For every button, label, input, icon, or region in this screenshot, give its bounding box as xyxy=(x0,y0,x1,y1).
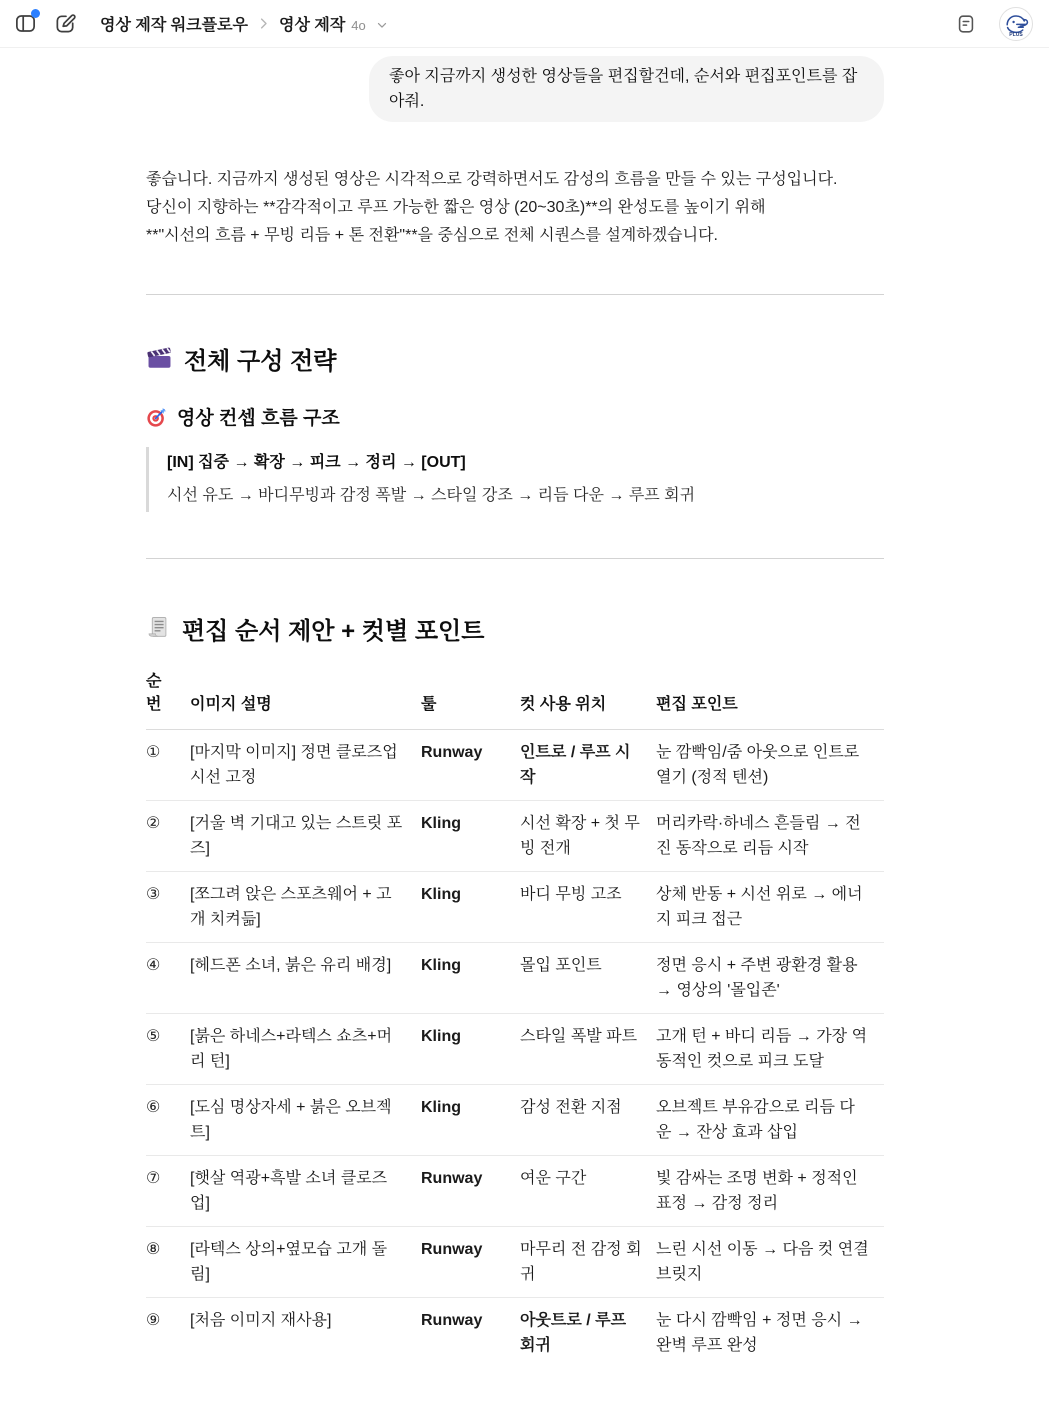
avatar[interactable]: PLUS xyxy=(999,7,1033,41)
cell-cut-position: 몰입 포인트 xyxy=(520,943,656,1014)
section-strategy-title: 전체 구성 전략 xyxy=(184,341,336,376)
cell-image-desc: [헤드폰 소녀, 붉은 유리 배경] xyxy=(190,943,421,1014)
cell-order: ⑦ xyxy=(146,1156,190,1227)
section-strategy-heading: 전체 구성 전략 xyxy=(146,341,884,376)
cell-edit-point: 빛 감싸는 조명 변화 + 정적인 표정 → 감정 정리 xyxy=(656,1156,884,1227)
notification-dot xyxy=(31,9,40,18)
cell-order: ③ xyxy=(146,872,190,943)
table-row: ③ [쪼그려 앉은 스포츠웨어 + 고개 치켜듦] Kling 바디 무빙 고조… xyxy=(146,872,884,943)
cell-cut-position: 마무리 전 감정 회귀 xyxy=(520,1227,656,1298)
compose-pencil-icon xyxy=(54,12,77,35)
cell-tool: Runway xyxy=(421,1298,520,1369)
breadcrumb-chat-title[interactable]: 영상 제작 xyxy=(279,12,345,35)
intro-line-2: 당신이 지향하는 **감각적이고 루프 가능한 짧은 영상 (20~30초)**… xyxy=(146,194,884,222)
cell-tool: Kling xyxy=(421,801,520,872)
cell-order: ⑤ xyxy=(146,1014,190,1085)
cell-edit-point: 눈 깜빡임/줌 아웃으로 인트로 열기 (정적 텐션) xyxy=(656,730,884,801)
cell-image-desc: [도심 명상자세 + 붉은 오브젝트] xyxy=(190,1085,421,1156)
cell-image-desc: [라텍스 상의+옆모습 고개 돌림] xyxy=(190,1227,421,1298)
flow-description-line: 시선 유도 → 바디무빙과 감정 폭발 → 스타일 강조 → 리듬 다운 → 루… xyxy=(167,482,884,510)
table-row: ⑧ [라텍스 상의+옆모습 고개 돌림] Runway 마무리 전 감정 회귀 … xyxy=(146,1227,884,1298)
cell-cut-position: 인트로 / 루프 시작 xyxy=(520,730,656,801)
table-row: ② [거울 벽 기대고 있는 스트릿 포즈] Kling 시선 확장 + 첫 무… xyxy=(146,801,884,872)
cell-edit-point: 느린 시선 이동 → 다음 컷 연결 브릿지 xyxy=(656,1227,884,1298)
cell-edit-point: 고개 턴 + 바디 리듬 → 가장 역동적인 컷으로 피크 도달 xyxy=(656,1014,884,1085)
subsection-flow-title: 영상 컨셉 흐름 구조 xyxy=(177,403,340,430)
col-header-edit-point: 편집 포인트 xyxy=(656,670,884,730)
cell-cut-position: 감성 전환 지점 xyxy=(520,1085,656,1156)
compose-button[interactable] xyxy=(52,11,78,37)
chat-thread: 좋아 지금까지 생성한 영상들을 편집할건데, 순서와 편집포인트를 잡아줘. … xyxy=(146,56,884,1427)
user-message-text: 좋아 지금까지 생성한 영상들을 편집할건데, 순서와 편집포인트를 잡아줘. xyxy=(389,68,857,110)
cell-edit-point: 상체 반동 + 시선 위로 → 에너지 피크 접근 xyxy=(656,872,884,943)
col-header-image-desc: 이미지 설명 xyxy=(190,670,421,730)
cell-order: ⑧ xyxy=(146,1227,190,1298)
subsection-flow-heading: 영상 컨셉 흐름 구조 xyxy=(146,403,884,430)
intro-line-3: **"시선의 흐름 + 무빙 리듬 + 톤 전환"**을 중심으로 전체 시퀀스… xyxy=(146,222,884,250)
document-note-icon xyxy=(955,13,977,35)
table-header-row: 순번 이미지 설명 툴 컷 사용 위치 편집 포인트 xyxy=(146,670,884,730)
cell-cut-position: 스타일 폭발 파트 xyxy=(520,1014,656,1085)
top-bar: 영상 제작 워크플로우 영상 제작 4o xyxy=(0,0,1049,48)
cell-tool: Runway xyxy=(421,1227,520,1298)
table-row: ④ [헤드폰 소녀, 붉은 유리 배경] Kling 몰입 포인트 정면 응시 … xyxy=(146,943,884,1014)
col-header-tool: 툴 xyxy=(421,670,520,730)
table-row: ⑤ [붉은 하네스+라텍스 쇼츠+머리 턴] Kling 스타일 폭발 파트 고… xyxy=(146,1014,884,1085)
avatar-label: PLUS xyxy=(1009,32,1023,38)
intro-line-1: 좋습니다. 지금까지 생성된 영상은 시각적으로 강력하면서도 감성의 흐름을 … xyxy=(146,166,884,194)
clapper-board-icon xyxy=(146,345,173,372)
receipt-icon xyxy=(146,615,171,642)
flow-structure-line: [IN] 집중 → 확장 → 피크 → 정리 → [OUT] xyxy=(167,449,884,477)
target-dart-icon xyxy=(146,406,168,428)
chevron-down-icon[interactable] xyxy=(375,18,389,32)
flow-blockquote: [IN] 집중 → 확장 → 피크 → 정리 → [OUT] 시선 유도 → 바… xyxy=(146,447,884,512)
cell-cut-position: 아웃트로 / 루프 회귀 xyxy=(520,1298,656,1369)
section-edit-order-title: 편집 순서 제안 + 컷별 포인트 xyxy=(182,611,484,646)
cell-edit-point: 오브젝트 부유감으로 리듬 다운 → 잔상 효과 삽입 xyxy=(656,1085,884,1156)
table-row: ⑨ [처음 이미지 재사용] Runway 아웃트로 / 루프 회귀 눈 다시 … xyxy=(146,1298,884,1369)
cell-order: ② xyxy=(146,801,190,872)
cell-order: ⑨ xyxy=(146,1298,190,1369)
cell-tool: Runway xyxy=(421,1156,520,1227)
user-message-bubble: 좋아 지금까지 생성한 영상들을 편집할건데, 순서와 편집포인트를 잡아줘. xyxy=(369,56,884,122)
cell-cut-position: 바디 무빙 고조 xyxy=(520,872,656,943)
model-badge[interactable]: 4o xyxy=(351,18,365,33)
col-header-order: 순번 xyxy=(146,670,190,730)
assistant-intro-paragraph: 좋습니다. 지금까지 생성된 영상은 시각적으로 강력하면서도 감성의 흐름을 … xyxy=(146,166,884,250)
breadcrumb-project[interactable]: 영상 제작 워크플로우 xyxy=(100,12,248,35)
cell-tool: Runway xyxy=(421,730,520,801)
chevron-right-icon xyxy=(256,16,271,31)
cell-tool: Kling xyxy=(421,1014,520,1085)
table-row: ① [마지막 이미지] 정면 클로즈업 시선 고정 Runway 인트로 / 루… xyxy=(146,730,884,801)
cell-image-desc: [처음 이미지 재사용] xyxy=(190,1298,421,1369)
cell-image-desc: [쪼그려 앉은 스포츠웨어 + 고개 치켜듦] xyxy=(190,872,421,943)
breadcrumb: 영상 제작 워크플로우 영상 제작 4o xyxy=(100,12,389,35)
edit-order-table: 순번 이미지 설명 툴 컷 사용 위치 편집 포인트 ① [마지막 이미지] 정… xyxy=(146,670,884,1368)
notes-button[interactable] xyxy=(953,11,979,37)
cell-tool: Kling xyxy=(421,872,520,943)
cell-tool: Kling xyxy=(421,1085,520,1156)
cell-edit-point: 머리카락·하네스 흔들림 → 전진 동작으로 리듬 시작 xyxy=(656,801,884,872)
cell-order: ① xyxy=(146,730,190,801)
cell-cut-position: 시선 확장 + 첫 무빙 전개 xyxy=(520,801,656,872)
section-divider xyxy=(146,558,884,559)
cell-image-desc: [붉은 하네스+라텍스 쇼츠+머리 턴] xyxy=(190,1014,421,1085)
cell-image-desc: [마지막 이미지] 정면 클로즈업 시선 고정 xyxy=(190,730,421,801)
cell-cut-position: 여운 구간 xyxy=(520,1156,656,1227)
cell-edit-point: 정면 응시 + 주변 광환경 활용 → 영상의 '몰입존' xyxy=(656,943,884,1014)
cell-image-desc: [거울 벽 기대고 있는 스트릿 포즈] xyxy=(190,801,421,872)
cell-image-desc: [햇살 역광+흑발 소녀 클로즈업] xyxy=(190,1156,421,1227)
cell-order: ④ xyxy=(146,943,190,1014)
sidebar-toggle-button[interactable] xyxy=(12,11,38,37)
section-edit-order-heading: 편집 순서 제안 + 컷별 포인트 xyxy=(146,611,884,646)
cell-order: ⑥ xyxy=(146,1085,190,1156)
col-header-cut-position: 컷 사용 위치 xyxy=(520,670,656,730)
cell-tool: Kling xyxy=(421,943,520,1014)
table-row: ⑥ [도심 명상자세 + 붉은 오브젝트] Kling 감성 전환 지점 오브젝… xyxy=(146,1085,884,1156)
table-row: ⑦ [햇살 역광+흑발 소녀 클로즈업] Runway 여운 구간 빛 감싸는 … xyxy=(146,1156,884,1227)
section-divider xyxy=(146,294,884,295)
cell-edit-point: 눈 다시 깜빡임 + 정면 응시 → 완벽 루프 완성 xyxy=(656,1298,884,1369)
